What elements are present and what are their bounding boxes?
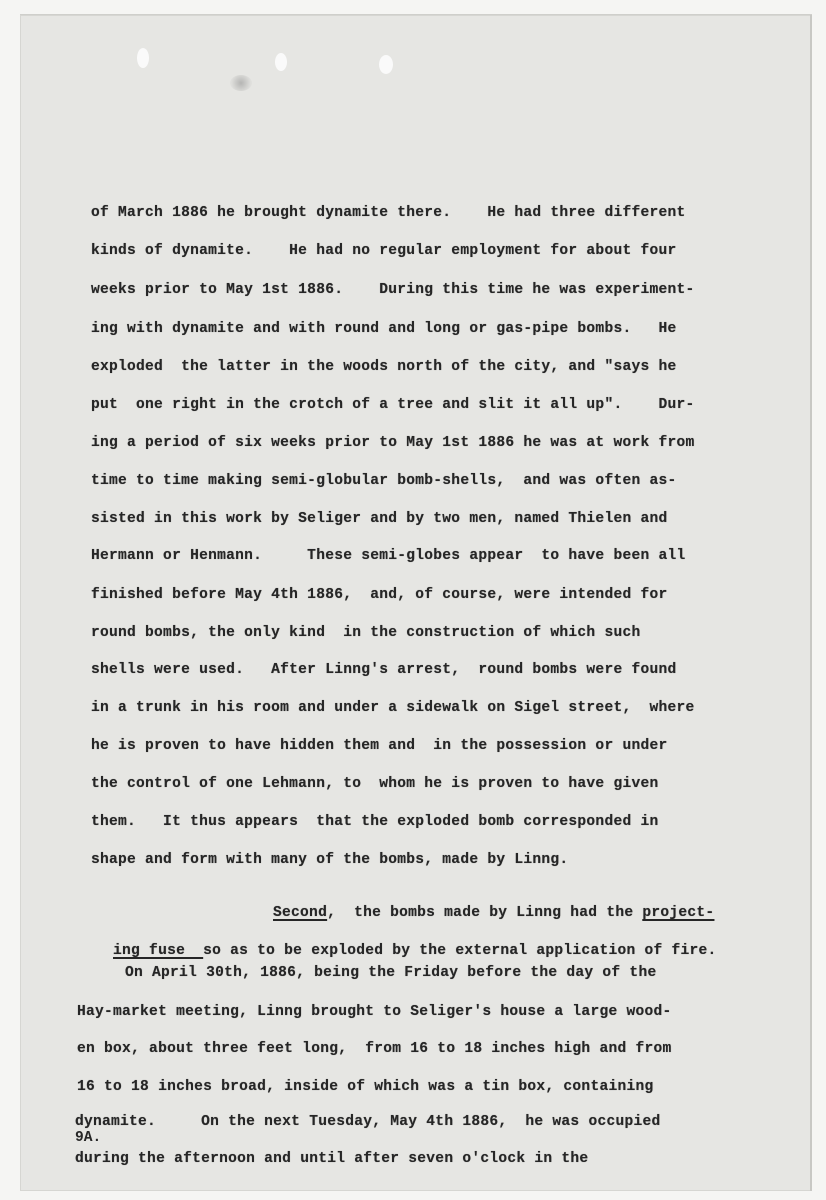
text-line: weeks prior to May 1st 1886. During this… [91,282,695,298]
text-line: he is proven to have hidden them and in … [91,738,668,754]
text-span: so as to be exploded by the external app… [203,943,716,959]
text-line: time to time making semi-globular bomb-s… [91,473,677,489]
text-line: Hay-market meeting, Linng brought to Sel… [77,1004,672,1020]
text-line: put one right in the crotch of a tree an… [91,397,695,413]
text-line: ing a period of six weeks prior to May 1… [91,435,695,451]
ink-smudge [230,75,252,91]
text-line: Hermann or Henmann. These semi-globes ap… [91,548,686,564]
underlined-heading-second: Second [273,905,327,921]
punch-hole-center [275,53,287,71]
text-line: 16 to 18 inches broad, inside of which w… [77,1079,654,1095]
text-line: during the afternoon and until after sev… [75,1151,588,1167]
text-line: them. It thus appears that the exploded … [91,814,658,830]
underlined-phrase-projecting: project- [642,905,714,921]
text-line: ing with dynamite and with round and lon… [91,321,677,337]
text-line: sisted in this work by Seliger and by tw… [91,511,668,527]
text-line: the control of one Lehmann, to whom he i… [91,776,658,792]
text-line: On April 30th, 1886, being the Friday be… [125,965,656,981]
text-line: finished before May 4th 1886, and, of co… [91,587,668,603]
text-line: shells were used. After Linng's arrest, … [91,662,677,678]
text-line: shape and form with many of the bombs, m… [91,852,568,868]
text-line: dynamite. On the next Tuesday, May 4th 1… [75,1114,661,1130]
page-number: 9A. [75,1130,101,1146]
underlined-phrase-fuse: ing fuse [113,943,203,959]
punch-hole-right [379,55,393,74]
text-line: exploded the latter in the woods north o… [91,359,677,375]
text-line: round bombs, the only kind in the constr… [91,625,640,641]
text-line: en box, about three feet long, from 16 t… [77,1041,672,1057]
text-line: kinds of dynamite. He had no regular emp… [91,243,677,259]
text-line: of March 1886 he brought dynamite there.… [91,205,686,221]
punch-hole-left [137,48,149,68]
text-line: in a trunk in his room and under a sidew… [91,700,695,716]
text-span: , the bombs made by Linng had the [327,905,642,921]
